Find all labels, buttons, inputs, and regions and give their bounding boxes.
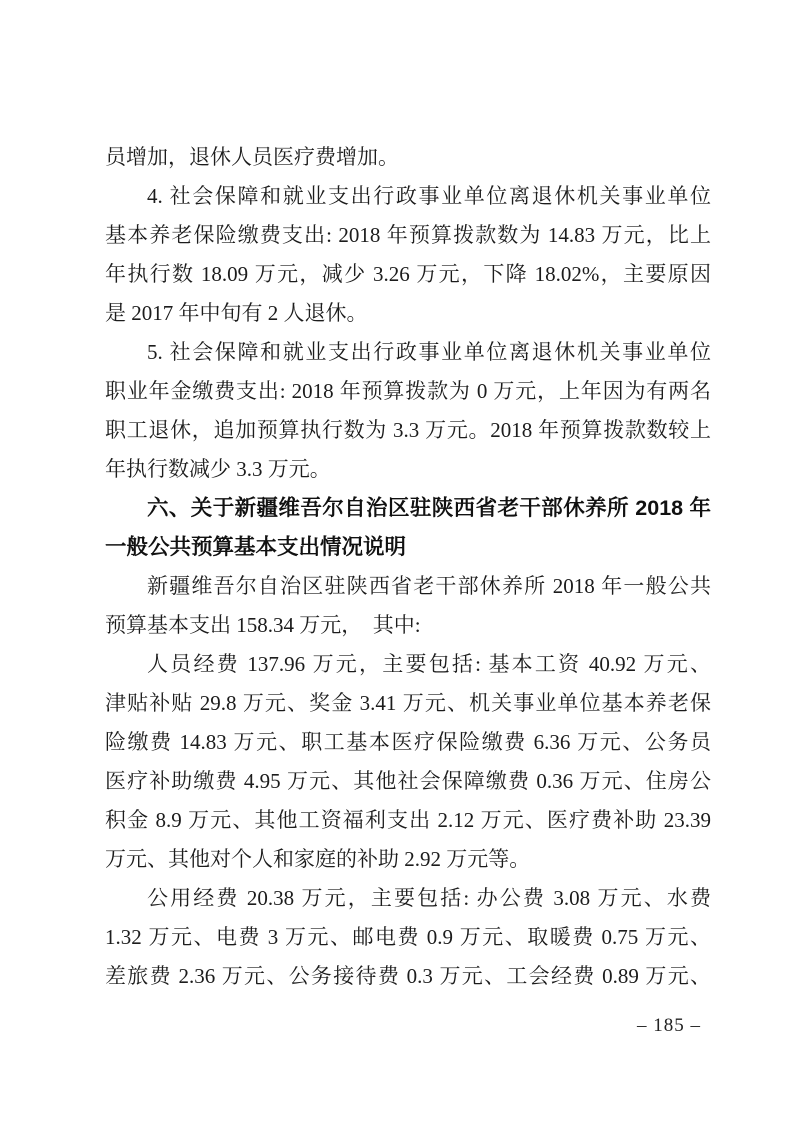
body-text-line: 5. 社会保障和就业支出行政事业单位离退休机关事业单位 — [105, 333, 711, 372]
document-body: 员增加，退休人员医疗费增加。 4. 社会保障和就业支出行政事业单位离退休机关事业… — [105, 138, 711, 996]
page-number: – 185 – — [637, 1014, 701, 1038]
body-text-line: 人员经费 137.96 万元，主要包括: 基本工资 40.92 万元、 — [105, 645, 711, 684]
body-text-line: 积金 8.9 万元、其他工资福利支出 2.12 万元、医疗费补助 23.39 — [105, 801, 711, 840]
body-text-line: 职工退休，追加预算执行数为 3.3 万元。2018 年预算拨款数较上 — [105, 411, 711, 450]
body-text-line: 年执行数 18.09 万元，减少 3.26 万元，下降 18.02%，主要原因 — [105, 255, 711, 294]
body-text-line: 基本养老保险缴费支出: 2018 年预算拨款数为 14.83 万元，比上 — [105, 216, 711, 255]
section-heading-line: 六、关于新疆维吾尔自治区驻陕西省老干部休养所 2018 年 — [105, 489, 711, 528]
body-text-line: 差旅费 2.36 万元、公务接待费 0.3 万元、工会经费 0.89 万元、 — [105, 957, 711, 996]
body-text-line: 万元、其他对个人和家庭的补助 2.92 万元等。 — [105, 840, 711, 879]
body-text-line: 新疆维吾尔自治区驻陕西省老干部休养所 2018 年一般公共 — [105, 567, 711, 606]
body-text-line: 医疗补助缴费 4.95 万元、其他社会保障缴费 0.36 万元、住房公 — [105, 762, 711, 801]
body-text-line: 4. 社会保障和就业支出行政事业单位离退休机关事业单位 — [105, 177, 711, 216]
body-text-line: 职业年金缴费支出: 2018 年预算拨款为 0 万元，上年因为有两名 — [105, 372, 711, 411]
body-text-line: 是 2017 年中旬有 2 人退休。 — [105, 294, 711, 333]
body-text-line: 预算基本支出 158.34 万元， 其中: — [105, 606, 711, 645]
body-text-line: 1.32 万元、电费 3 万元、邮电费 0.9 万元、取暖费 0.75 万元、 — [105, 918, 711, 957]
body-text-line: 员增加，退休人员医疗费增加。 — [105, 138, 711, 177]
body-text-line: 险缴费 14.83 万元、职工基本医疗保险缴费 6.36 万元、公务员 — [105, 723, 711, 762]
document-page: 员增加，退休人员医疗费增加。 4. 社会保障和就业支出行政事业单位离退休机关事业… — [0, 0, 793, 1122]
body-text-line: 公用经费 20.38 万元，主要包括: 办公费 3.08 万元、水费 — [105, 879, 711, 918]
section-heading-line: 一般公共预算基本支出情况说明 — [105, 528, 711, 567]
body-text-line: 津贴补贴 29.8 万元、奖金 3.41 万元、机关事业单位基本养老保 — [105, 684, 711, 723]
body-text-line: 年执行数减少 3.3 万元。 — [105, 450, 711, 489]
